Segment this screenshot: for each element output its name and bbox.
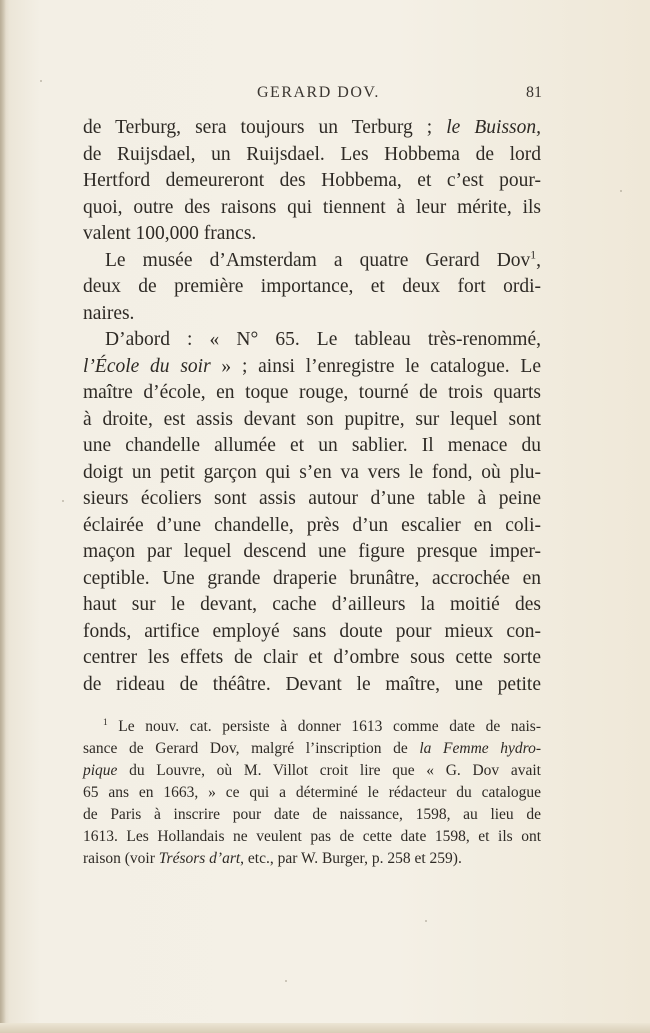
text-line: de Ruijsdael, un Ruijsdael. Les Hobbema … xyxy=(83,142,541,169)
footnote-line: 65 ans en 1663, » ce qui a déterminé le … xyxy=(83,782,541,804)
text-line: une chandelle allumée et un sablier. Il … xyxy=(83,433,541,460)
footnote-line: raison (voir Trésors d’art, etc., par W.… xyxy=(83,848,541,870)
text-line: D’abord : « N° 65. Le tableau très-renom… xyxy=(83,327,541,354)
running-head: GERARD DOV. 81 xyxy=(82,84,542,106)
text-line: de Terburg, sera toujours un Terburg ; l… xyxy=(83,115,541,142)
text-line: l’École du soir » ; ainsi l’enregistre l… xyxy=(83,354,541,381)
text-line: Hertford demeureront des Hobbema, et c’e… xyxy=(83,168,541,195)
footnote-line: de Paris à inscrire pour date de naissan… xyxy=(83,804,541,826)
text-line: naires. xyxy=(83,301,541,328)
text-line: sieurs écoliers sont assis autour d’une … xyxy=(83,486,541,513)
text-line: centrer les effets de clair et d’ombre s… xyxy=(83,645,541,672)
text-line: à droite, est assis devant son pupitre, … xyxy=(83,407,541,434)
text-line: valent 100,000 francs. xyxy=(83,221,541,248)
footnote-line: sance de Gerard Dov, malgré l’inscriptio… xyxy=(83,738,541,760)
text-line: quoi, outre des raisons qui tiennent à l… xyxy=(83,195,541,222)
spine-shadow xyxy=(0,0,6,1033)
text-line: maçon par lequel descend une figure pres… xyxy=(83,539,541,566)
body-text: de Terburg, sera toujours un Terburg ; l… xyxy=(83,115,541,698)
book-page: GERARD DOV. 81 de Terburg, sera toujours… xyxy=(0,0,650,1033)
paper-speck xyxy=(62,500,64,502)
text-line: fonds, artifice employé sans doute pour … xyxy=(83,619,541,646)
text-line: haut sur le devant, cache d’ailleurs la … xyxy=(83,592,541,619)
paper-speck xyxy=(620,190,622,192)
footnote-line: pique du Louvre, où M. Villot croit lire… xyxy=(83,760,541,782)
paper-speck xyxy=(40,80,42,82)
text-line: doigt un petit garçon qui s’en va vers l… xyxy=(83,460,541,487)
text-line: deux de première importance, et deux for… xyxy=(83,274,541,301)
text-line: Le musée d’Amsterdam a quatre Gerard Dov… xyxy=(83,248,541,275)
footnote-line: 1 Le nouv. cat. persiste à donner 1613 c… xyxy=(83,716,541,738)
page-number: 81 xyxy=(526,84,542,102)
text-line: ceptible. Une grande draperie brunâtre, … xyxy=(83,566,541,593)
text-line: éclairée d’une chandelle, près d’un esca… xyxy=(83,513,541,540)
paper-speck xyxy=(425,920,427,922)
footnote-line: 1613. Les Hollandais ne veulent pas de c… xyxy=(83,826,541,848)
paper-speck xyxy=(285,980,287,982)
footnote: 1 Le nouv. cat. persiste à donner 1613 c… xyxy=(83,716,541,870)
text-line: de rideau de théâtre. Devant le maître, … xyxy=(83,672,541,699)
text-line: maître d’école, en toque rouge, tourné d… xyxy=(83,380,541,407)
running-head-title: GERARD DOV. xyxy=(257,84,380,102)
